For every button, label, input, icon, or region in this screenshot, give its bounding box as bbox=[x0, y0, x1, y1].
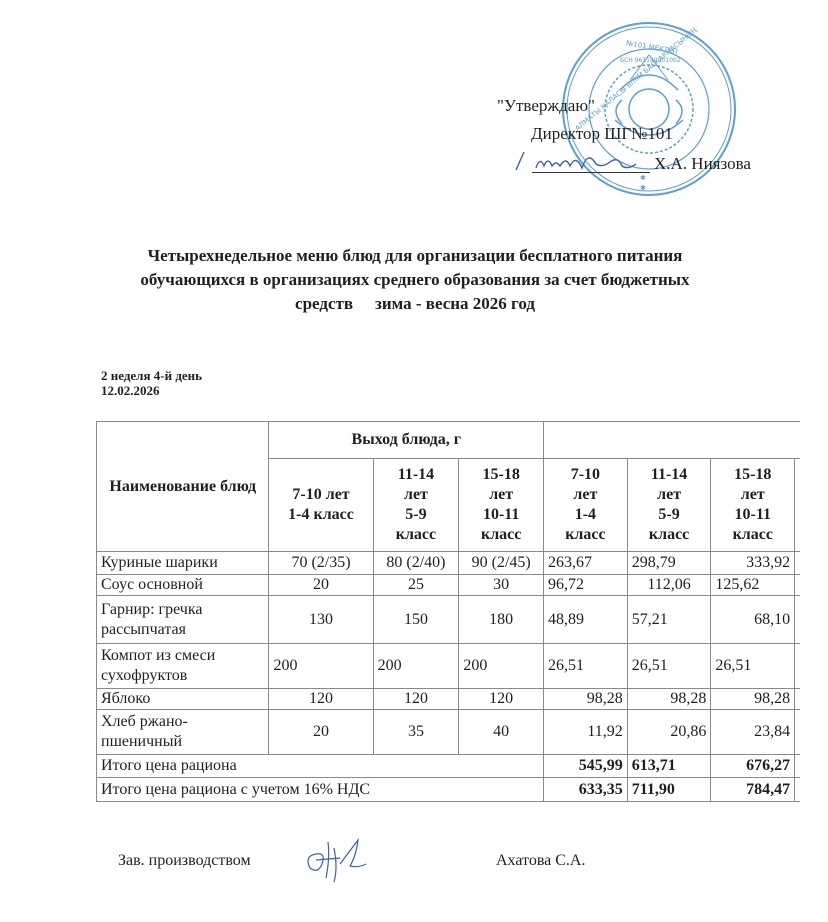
table-row: Гарнир: гречка рассыпчатая 130 150 180 4… bbox=[97, 596, 801, 644]
header-line: 7-10 bbox=[548, 465, 623, 485]
manager-signature-icon bbox=[300, 838, 380, 884]
header-line: лет bbox=[463, 485, 539, 505]
header-line: 11-14 bbox=[632, 465, 707, 485]
extra-cell bbox=[795, 710, 800, 755]
total-vat-label: Итого цена рациона с учетом 16% НДС bbox=[97, 778, 544, 802]
dish-name: Гарнир: гречка рассыпчатая bbox=[97, 596, 269, 644]
table-row: Куриные шарики 70 (2/35) 80 (2/40) 90 (2… bbox=[97, 552, 801, 575]
header-line: класс bbox=[715, 525, 790, 545]
approver-role: Директор ШГ№101 bbox=[531, 124, 673, 144]
header-row-groups: Наименование блюд Выход блюда, г bbox=[97, 422, 801, 459]
price-7-10: 98,28 bbox=[544, 689, 628, 710]
header-dish-name: Наименование блюд bbox=[97, 422, 269, 552]
header-line: лет bbox=[378, 485, 455, 505]
title-line-2: обучающихся в организациях среднего обра… bbox=[110, 268, 720, 292]
header-line: 10-11 bbox=[715, 505, 790, 525]
approval-block: АЛМАТЫ ҚАЛАСЫ БІЛІМ БАСҚАРМАСЫНЫҢ №101 М… bbox=[0, 0, 828, 200]
table-row: Соус основной 20 25 30 96,72 112,06 125,… bbox=[97, 575, 801, 596]
header-line: 5-9 bbox=[378, 505, 455, 525]
extra-cell bbox=[795, 778, 800, 802]
total-row: Итого цена рациона 545,99 613,71 676,27 bbox=[97, 755, 801, 778]
yield-7-10: 120 bbox=[269, 689, 373, 710]
yield-15-18: 180 bbox=[459, 596, 544, 644]
header-line: 15-18 bbox=[463, 465, 539, 485]
svg-text:БСН 961140001002: БСН 961140001002 bbox=[620, 57, 681, 64]
signature-line bbox=[532, 172, 650, 173]
yield-15-18: 30 bbox=[459, 575, 544, 596]
yield-11-14: 80 (2/40) bbox=[373, 552, 459, 575]
header-line: 10-11 bbox=[463, 505, 539, 525]
price-7-10: 48,89 bbox=[544, 596, 628, 644]
price-11-14: 98,28 bbox=[627, 689, 711, 710]
price-15-18: 68,10 bbox=[711, 596, 795, 644]
total-11-14: 613,71 bbox=[627, 755, 711, 778]
yield-7-10: 70 (2/35) bbox=[269, 552, 373, 575]
total-vat-7-10: 633,35 bbox=[544, 778, 628, 802]
total-7-10: 545,99 bbox=[544, 755, 628, 778]
price-7-10: 263,67 bbox=[544, 552, 628, 575]
extra-cell bbox=[795, 596, 800, 644]
day-meta: 2 неделя 4-й день 12.02.2026 bbox=[101, 368, 202, 398]
table-row: Яблоко 120 120 120 98,28 98,28 98,28 bbox=[97, 689, 801, 710]
yield-11-14: 35 bbox=[373, 710, 459, 755]
yield-11-14: 25 bbox=[373, 575, 459, 596]
price-15-18: 333,92 bbox=[711, 552, 795, 575]
price-11-14: 298,79 bbox=[627, 552, 711, 575]
header-line: класс bbox=[378, 525, 455, 545]
total-vat-row: Итого цена рациона с учетом 16% НДС 633,… bbox=[97, 778, 801, 802]
yield-7-10: 20 bbox=[269, 710, 373, 755]
header-line: класс bbox=[548, 525, 623, 545]
price-7-10: 26,51 bbox=[544, 644, 628, 689]
price-15-18: 98,28 bbox=[711, 689, 795, 710]
yield-11-14: 150 bbox=[373, 596, 459, 644]
header-line: 1-4 класс bbox=[273, 505, 368, 525]
title-line-3b: зима - весна 2026 год bbox=[375, 294, 535, 313]
production-manager-name: Ахатова С.А. bbox=[496, 852, 585, 870]
header-price-7-10: 7-10 лет 1-4 класс bbox=[544, 459, 628, 552]
extra-cell bbox=[795, 689, 800, 710]
price-11-14: 20,86 bbox=[627, 710, 711, 755]
header-price-11-14: 11-14 лет 5-9 класс bbox=[627, 459, 711, 552]
total-label: Итого цена рациона bbox=[97, 755, 544, 778]
header-price-15-18: 15-18 лет 10-11 класс bbox=[711, 459, 795, 552]
svg-text:✱: ✱ bbox=[640, 184, 646, 192]
title-line-3: средствзима - весна 2026 год bbox=[110, 292, 720, 316]
header-line: 11-14 bbox=[378, 465, 455, 485]
header-line: 7-10 лет bbox=[273, 485, 368, 505]
yield-7-10: 20 bbox=[269, 575, 373, 596]
header-yield-7-10: 7-10 лет 1-4 класс bbox=[269, 459, 373, 552]
dish-name: Хлеб ржано-пшеничный bbox=[97, 710, 269, 755]
header-line: класс bbox=[632, 525, 707, 545]
total-vat-11-14: 711,90 bbox=[627, 778, 711, 802]
price-7-10: 96,72 bbox=[544, 575, 628, 596]
approver-name: Х.А. Ниязова bbox=[654, 154, 751, 174]
price-11-14: 57,21 bbox=[627, 596, 711, 644]
header-line: лет bbox=[715, 485, 790, 505]
dish-name: Куриные шарики bbox=[97, 552, 269, 575]
extra-cell bbox=[795, 644, 800, 689]
total-vat-15-18: 784,47 bbox=[711, 778, 795, 802]
header-yield-15-18: 15-18 лет 10-11 класс bbox=[459, 459, 544, 552]
extra-cell bbox=[795, 575, 800, 596]
table-row: Компот из смеси сухофруктов 200 200 200 … bbox=[97, 644, 801, 689]
header-line: 5-9 bbox=[632, 505, 707, 525]
menu-date: 12.02.2026 bbox=[101, 383, 202, 398]
extra-cell bbox=[795, 552, 800, 575]
header-price-group bbox=[544, 422, 800, 459]
header-extra bbox=[795, 459, 800, 552]
production-manager-role: Зав. производством bbox=[118, 852, 251, 870]
table-row: Хлеб ржано-пшеничный 20 35 40 11,92 20,8… bbox=[97, 710, 801, 755]
yield-15-18: 200 bbox=[459, 644, 544, 689]
week-day-label: 2 неделя 4-й день bbox=[101, 368, 202, 383]
title-line-3a: средств bbox=[295, 294, 353, 313]
yield-11-14: 200 bbox=[373, 644, 459, 689]
yield-15-18: 90 (2/45) bbox=[459, 552, 544, 575]
extra-cell bbox=[795, 755, 800, 778]
header-yield-11-14: 11-14 лет 5-9 класс bbox=[373, 459, 459, 552]
price-11-14: 112,06 bbox=[627, 575, 711, 596]
price-15-18: 26,51 bbox=[711, 644, 795, 689]
header-line: класс bbox=[463, 525, 539, 545]
yield-15-18: 120 bbox=[459, 689, 544, 710]
menu-table-container: Наименование блюд Выход блюда, г 7-10 ле… bbox=[96, 421, 800, 802]
price-7-10: 11,92 bbox=[544, 710, 628, 755]
price-15-18: 125,62 bbox=[711, 575, 795, 596]
price-11-14: 26,51 bbox=[627, 644, 711, 689]
yield-7-10: 200 bbox=[269, 644, 373, 689]
header-line: 15-18 bbox=[715, 465, 790, 485]
total-15-18: 676,27 bbox=[711, 755, 795, 778]
title-line-1: Четырехнедельное меню блюд для организац… bbox=[110, 244, 720, 268]
header-line: 1-4 bbox=[548, 505, 623, 525]
header-line: лет bbox=[632, 485, 707, 505]
header-line: лет bbox=[548, 485, 623, 505]
price-15-18: 23,84 bbox=[711, 710, 795, 755]
dish-name: Компот из смеси сухофруктов bbox=[97, 644, 269, 689]
header-yield-group: Выход блюда, г bbox=[269, 422, 544, 459]
menu-table: Наименование блюд Выход блюда, г 7-10 ле… bbox=[96, 421, 800, 802]
yield-7-10: 130 bbox=[269, 596, 373, 644]
svg-text:№101 МЕКТЕП: №101 МЕКТЕП bbox=[625, 39, 678, 56]
dish-name: Соус основной bbox=[97, 575, 269, 596]
yield-11-14: 120 bbox=[373, 689, 459, 710]
approval-title: "Утверждаю" bbox=[497, 96, 595, 116]
dish-name: Яблоко bbox=[97, 689, 269, 710]
yield-15-18: 40 bbox=[459, 710, 544, 755]
document-title: Четырехнедельное меню блюд для организац… bbox=[110, 244, 720, 316]
